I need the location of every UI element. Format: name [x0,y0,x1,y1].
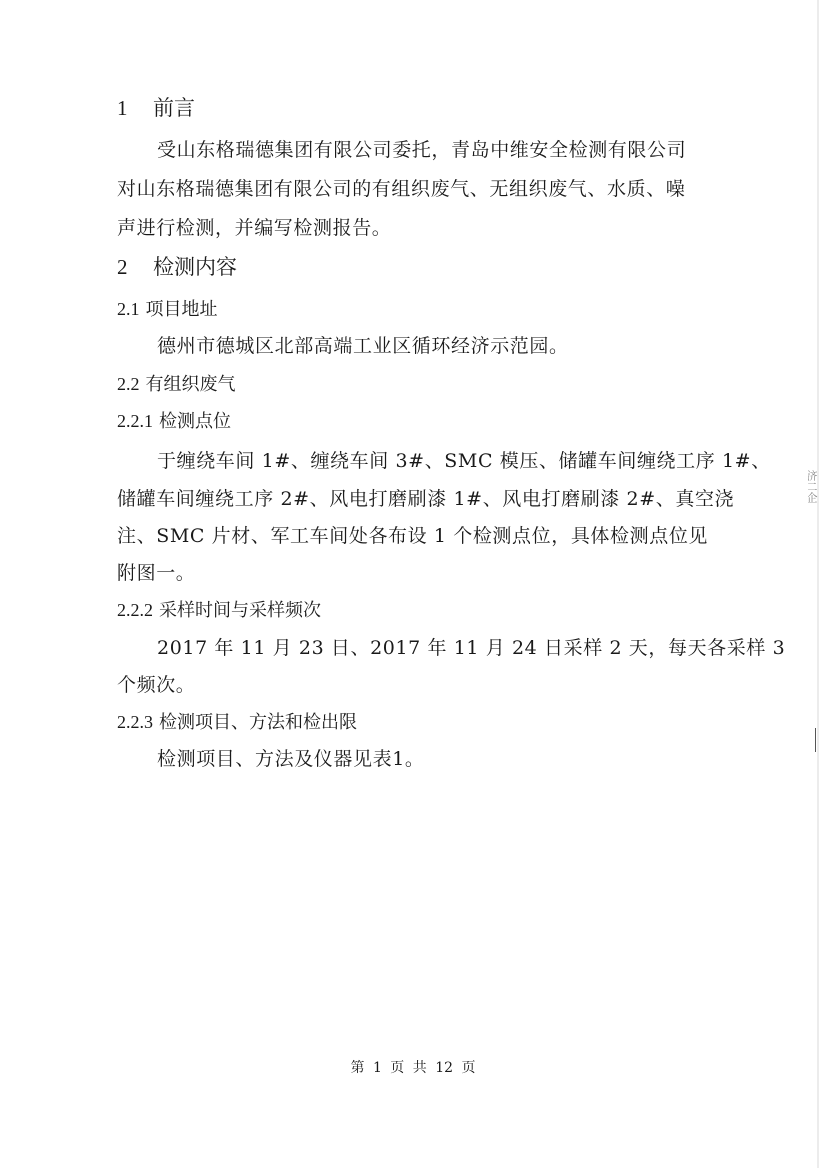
subsection-2-2-3-heading: 2.2.3检测项目、方法和检出限 [117,710,357,735]
section-title: 前言 [153,96,195,120]
subsection-title: 项目地址 [146,299,218,320]
paragraph-line: 注、SMC 片材、军工车间处各布设 1 个检测点位，具体检测点位见 [117,524,708,548]
subsection-number: 2.2.2 [117,598,153,622]
paragraph-line: 对山东格瑞德集团有限公司的有组织废气、无组织废气、水质、噪 [117,177,685,201]
seal-stamp-fragment: 济二企 [808,470,820,618]
document-page: 1前言 受山东格瑞德集团有限公司委托，青岛中维安全检测有限公司 对山东格瑞德集团… [0,0,826,1168]
subsection-title: 检测项目、方法和检出限 [159,712,357,733]
section-2-heading: 2检测内容 [117,255,237,279]
subsection-2-2-heading: 2.2有组织废气 [117,372,236,397]
address-line: 德州市德城区北部高端工业区循环经济示范园。 [157,334,569,358]
paragraph-line: 声进行检测，并编写检测报告。 [117,216,391,240]
page-edge-mark [815,728,816,752]
paragraph-line: 于缠绕车间 1#、缠绕车间 3#、SMC 模压、储罐车间缠绕工序 1#、 [157,449,771,473]
subsection-number: 2.1 [117,297,140,321]
section-number: 1 [117,96,153,120]
subsection-title: 有组织废气 [146,374,236,395]
subsection-title: 采样时间与采样频次 [159,600,321,621]
paragraph-line: 个频次。 [117,673,195,697]
section-1-heading: 1前言 [117,96,195,120]
subsection-number: 2.2.3 [117,710,153,734]
subsection-number: 2.2.1 [117,409,153,433]
paragraph-line: 附图一。 [117,561,195,585]
paragraph-line: 检测项目、方法及仪器见表1。 [157,747,425,771]
paragraph-line: 受山东格瑞德集团有限公司委托，青岛中维安全检测有限公司 [157,138,686,162]
page-number-footer: 第 1 页 共 12 页 [0,1057,826,1077]
subsection-title: 检测点位 [159,411,231,432]
subsection-number: 2.2 [117,372,140,396]
subsection-2-1-heading: 2.1项目地址 [117,297,218,322]
paragraph-line: 2017 年 11 月 23 日、2017 年 11 月 24 日采样 2 天，… [157,636,785,660]
paragraph-line: 储罐车间缠绕工序 2#、风电打磨刷漆 1#、风电打磨刷漆 2#、真空浇 [117,487,734,511]
subsection-2-2-1-heading: 2.2.1检测点位 [117,409,231,434]
section-number: 2 [117,255,153,279]
subsection-2-2-2-heading: 2.2.2采样时间与采样频次 [117,598,321,623]
section-title: 检测内容 [153,255,237,279]
